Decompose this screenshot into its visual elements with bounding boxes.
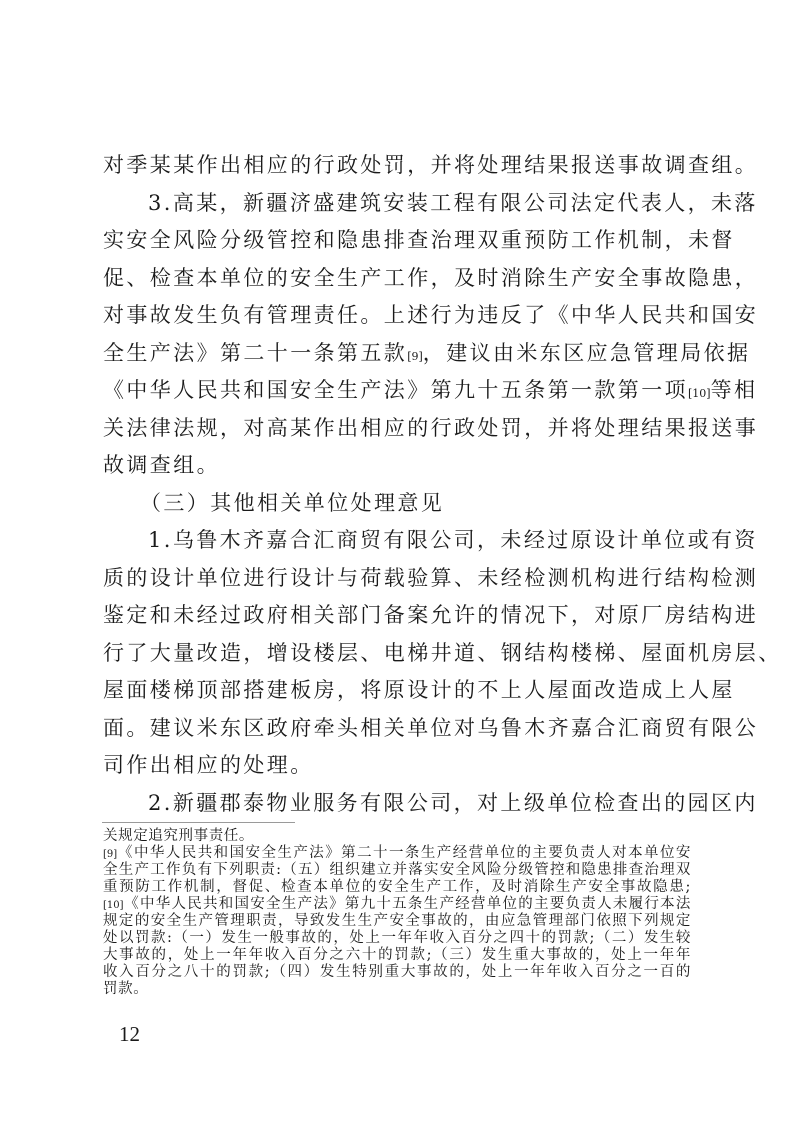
- body-line: 促、检查本单位的安全生产工作，及时消除生产安全事故隐患，: [103, 265, 693, 291]
- body-line: 对事故发生负有管理责任。上述行为违反了《中华人民共和国安: [103, 302, 693, 328]
- footnote-9-line: [9]《中华人民共和国安全生产法》第二十一条生产经营单位的主要负责人对本单位安: [103, 845, 691, 863]
- body-text: 等相: [711, 378, 758, 402]
- footnote-9-line: 重预防工作机制，督促、检查本单位的安全生产工作，及时消除生产安全事故隐患;: [103, 879, 691, 895]
- footnote-9-line: 全生产工作负有下列职责:（五）组织建立并落实安全风险分级管控和隐患排查治理双: [103, 862, 691, 878]
- body-line: 面。建议米东区政府牵头相关单位对乌鲁木齐嘉合汇商贸有限公: [103, 715, 693, 741]
- body-line: 鉴定和未经过政府相关部门备案允许的情况下，对原厂房结构进: [103, 602, 693, 628]
- document-page: 对季某某作出相应的行政处罚，并将处理结果报送事故调查组。 3.高某，新疆济盛建筑…: [0, 0, 793, 1122]
- body-line: 行了大量改造，增设楼层、电梯井道、钢结构楼梯、屋面机房层、: [103, 640, 693, 666]
- footnote-10-line: 处以罚款:（一）发生一般事故的，处上一年年收入百分之四十的罚款;（二）发生较: [103, 930, 691, 946]
- body-line: 全生产法》第二十一条第五款[9]，建议由米东区应急管理局依据: [103, 340, 693, 370]
- body-text: 全生产法》第二十一条第五款: [103, 341, 407, 365]
- page-number: 12: [119, 1022, 140, 1047]
- section-heading: （三）其他相关单位处理意见: [140, 490, 730, 516]
- footnote-continuation: 关规定追究刑事责任。: [103, 828, 691, 844]
- body-text: 《中华人民共和国安全生产法》第九十五条第一款第一项: [103, 378, 688, 402]
- body-line: 3.高某，新疆济盛建筑安装工程有限公司法定代表人，未落: [148, 190, 693, 216]
- footnote-ref-10[interactable]: [10]: [688, 387, 711, 400]
- footnote-text: 《中华人民共和国安全生产法》第二十一条生产经营单位的主要负责人对本单位安: [117, 845, 691, 861]
- footnote-text: 《中华人民共和国安全生产法》第九十五条生产经营单位的主要负责人未履行本法: [124, 896, 691, 912]
- body-line: 关法律法规，对高某作出相应的行政处罚，并将处理结果报送事: [103, 415, 693, 441]
- body-text: ，建议由米东区应急管理局依据: [423, 341, 751, 365]
- footnote-10-line: 收入百分之八十的罚款;（四）发生特别重大事故的，处上一年年收入百分之一百的: [103, 964, 691, 980]
- body-line: 实安全风险分级管控和隐患排查治理双重预防工作机制，未督: [103, 227, 693, 253]
- body-line: 故调查组。: [103, 452, 693, 478]
- body-line: 质的设计单位进行设计与荷载验算、未经检测机构进行结构检测: [103, 565, 693, 591]
- body-line: 对季某某作出相应的行政处罚，并将处理结果报送事故调查组。: [103, 152, 693, 178]
- footnote-separator: [102, 822, 295, 823]
- body-line: 1.乌鲁木齐嘉合汇商贸有限公司，未经过原设计单位或有资: [148, 527, 693, 553]
- footnote-10-line: [10]《中华人民共和国安全生产法》第九十五条生产经营单位的主要负责人未履行本法: [103, 896, 691, 914]
- footnote-10-line: 规定的安全生产管理职责，导致发生生产安全事故的，由应急管理部门依照下列规定: [103, 913, 691, 929]
- footnote-10-line: 大事故的，处上一年年收入百分之六十的罚款;（三）发生重大事故的，处上一年年: [103, 947, 691, 963]
- body-line: 屋面楼梯顶部搭建板房，将原设计的不上人屋面改造成上人屋: [103, 677, 693, 703]
- footnote-mark-9: [9]: [103, 849, 117, 860]
- body-line: 司作出相应的处理。: [103, 752, 693, 778]
- body-line: 《中华人民共和国安全生产法》第九十五条第一款第一项[10]等相: [103, 377, 693, 407]
- footnote-ref-9[interactable]: [9]: [407, 350, 423, 363]
- body-line: 2.新疆郡泰物业服务有限公司，对上级单位检查出的园区内: [148, 790, 693, 816]
- footnote-mark-10: [10]: [103, 900, 124, 911]
- footnote-10-line: 罚款。: [103, 981, 691, 997]
